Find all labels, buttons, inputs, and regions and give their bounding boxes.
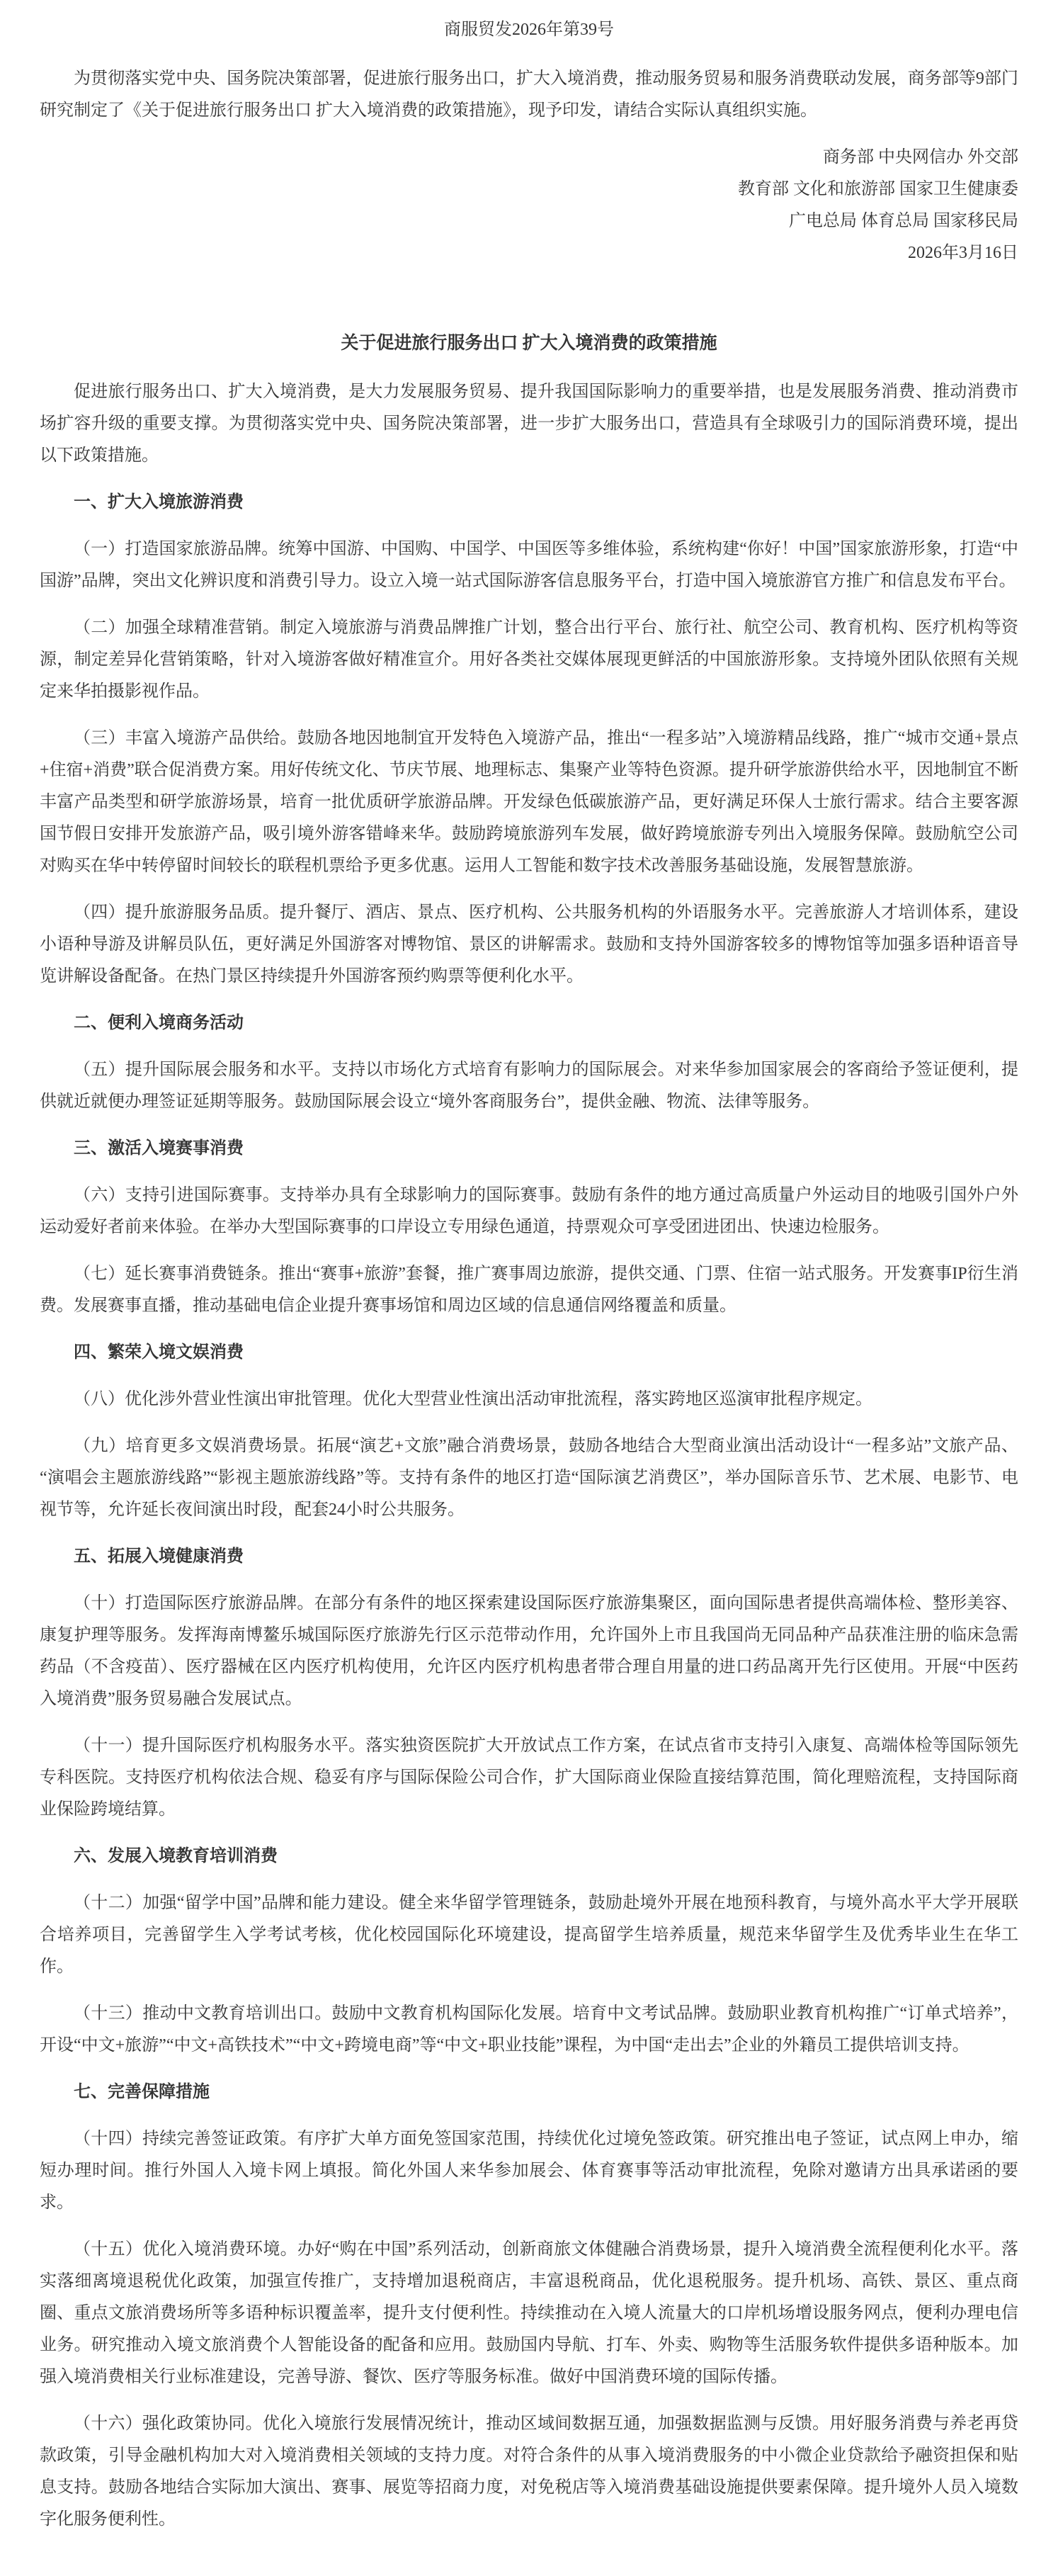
policy-item-8: （八）优化涉外营业性演出审批管理。优化大型营业性演出活动审批流程，落实跨地区巡演… <box>40 1384 1018 1416</box>
policy-item-11: （十一）提升国际医疗机构服务水平。落实独资医院扩大开放试点工作方案，在试点省市支… <box>40 1730 1018 1826</box>
preamble: 促进旅行服务出口、扩大入境消费，是大力发展服务贸易、提升我国国际影响力的重要举措… <box>40 376 1018 472</box>
policy-item-13: （十三）推动中文教育培训出口。鼓励中文教育机构国际化发展。培育中文考试品牌。鼓励… <box>40 1998 1018 2062</box>
policy-item-2: （二）加强全球精准营销。制定入境旅游与消费品牌推广计划，整合出行平台、旅行社、航… <box>40 612 1018 708</box>
policy-item-4: （四）提升旅游服务品质。提升餐厅、酒店、景点、医疗机构、公共服务机构的外语服务水… <box>40 897 1018 993</box>
section-heading-4: 四、繁荣入境文娱消费 <box>40 1337 1018 1369</box>
issuer-line-3: 广电总局 体育总局 国家移民局 <box>40 205 1018 237</box>
section-heading-3: 三、激活入境赛事消费 <box>40 1133 1018 1165</box>
issuer-block: 商务部 中央网信办 外交部 教育部 文化和旅游部 国家卫生健康委 广电总局 体育… <box>40 142 1018 269</box>
document-title: 关于促进旅行服务出口 扩大入境消费的政策措施 <box>40 327 1018 359</box>
policy-item-15: （十五）优化入境消费环境。办好“购在中国”系列活动，创新商旅文体健融合消费场景，… <box>40 2234 1018 2393</box>
forward-note: 为贯彻落实党中央、国务院决策部署，促进旅行服务出口，扩大入境消费，推动服务贸易和… <box>40 63 1018 127</box>
section-heading-7: 七、完善保障措施 <box>40 2077 1018 2108</box>
policy-item-1: （一）打造国家旅游品牌。统筹中国游、中国购、中国学、中国医等多维体验，系统构建“… <box>40 533 1018 597</box>
policy-document: 商服贸发2026年第39号 为贯彻落实党中央、国务院决策部署，促进旅行服务出口，… <box>0 0 1058 2576</box>
policy-item-14: （十四）持续完善签证政策。有序扩大单方面免签国家范围，持续优化过境免签政策。研究… <box>40 2123 1018 2219</box>
policy-item-5: （五）提升国际展会服务和水平。支持以市场化方式培育有影响力的国际展会。对来华参加… <box>40 1054 1018 1118</box>
policy-item-12: （十二）加强“留学中国”品牌和能力建设。健全来华留学管理链条，鼓励赴境外开展在地… <box>40 1887 1018 1983</box>
policy-item-6: （六）支持引进国际赛事。支持举办具有全球影响力的国际赛事。鼓励有条件的地方通过高… <box>40 1180 1018 1243</box>
issue-date: 2026年3月16日 <box>40 237 1018 269</box>
issuer-line-1: 商务部 中央网信办 外交部 <box>40 142 1018 174</box>
section-heading-6: 六、发展入境教育培训消费 <box>40 1841 1018 1872</box>
document-number: 商服贸发2026年第39号 <box>40 14 1018 46</box>
section-heading-2: 二、便利入境商务活动 <box>40 1007 1018 1039</box>
policy-item-7: （七）延长赛事消费链条。推出“赛事+旅游”套餐，推广赛事周边旅游，提供交通、门票… <box>40 1258 1018 1322</box>
issuer-line-2: 教育部 文化和旅游部 国家卫生健康委 <box>40 174 1018 205</box>
section-heading-1: 一、扩大入境旅游消费 <box>40 487 1018 519</box>
policy-item-10: （十）打造国际医疗旅游品牌。在部分有条件的地区探索建设国际医疗旅游集聚区，面向国… <box>40 1588 1018 1715</box>
section-heading-5: 五、拓展入境健康消费 <box>40 1541 1018 1573</box>
policy-item-3: （三）丰富入境游产品供给。鼓励各地因地制宜开发特色入境游产品，推出“一程多站”入… <box>40 723 1018 882</box>
policy-item-16: （十六）强化政策协同。优化入境旅行发展情况统计，推动区域间数据互通，加强数据监测… <box>40 2408 1018 2536</box>
policy-item-9: （九）培育更多文娱消费场景。拓展“演艺+文旅”融合消费场景，鼓励各地结合大型商业… <box>40 1430 1018 1526</box>
